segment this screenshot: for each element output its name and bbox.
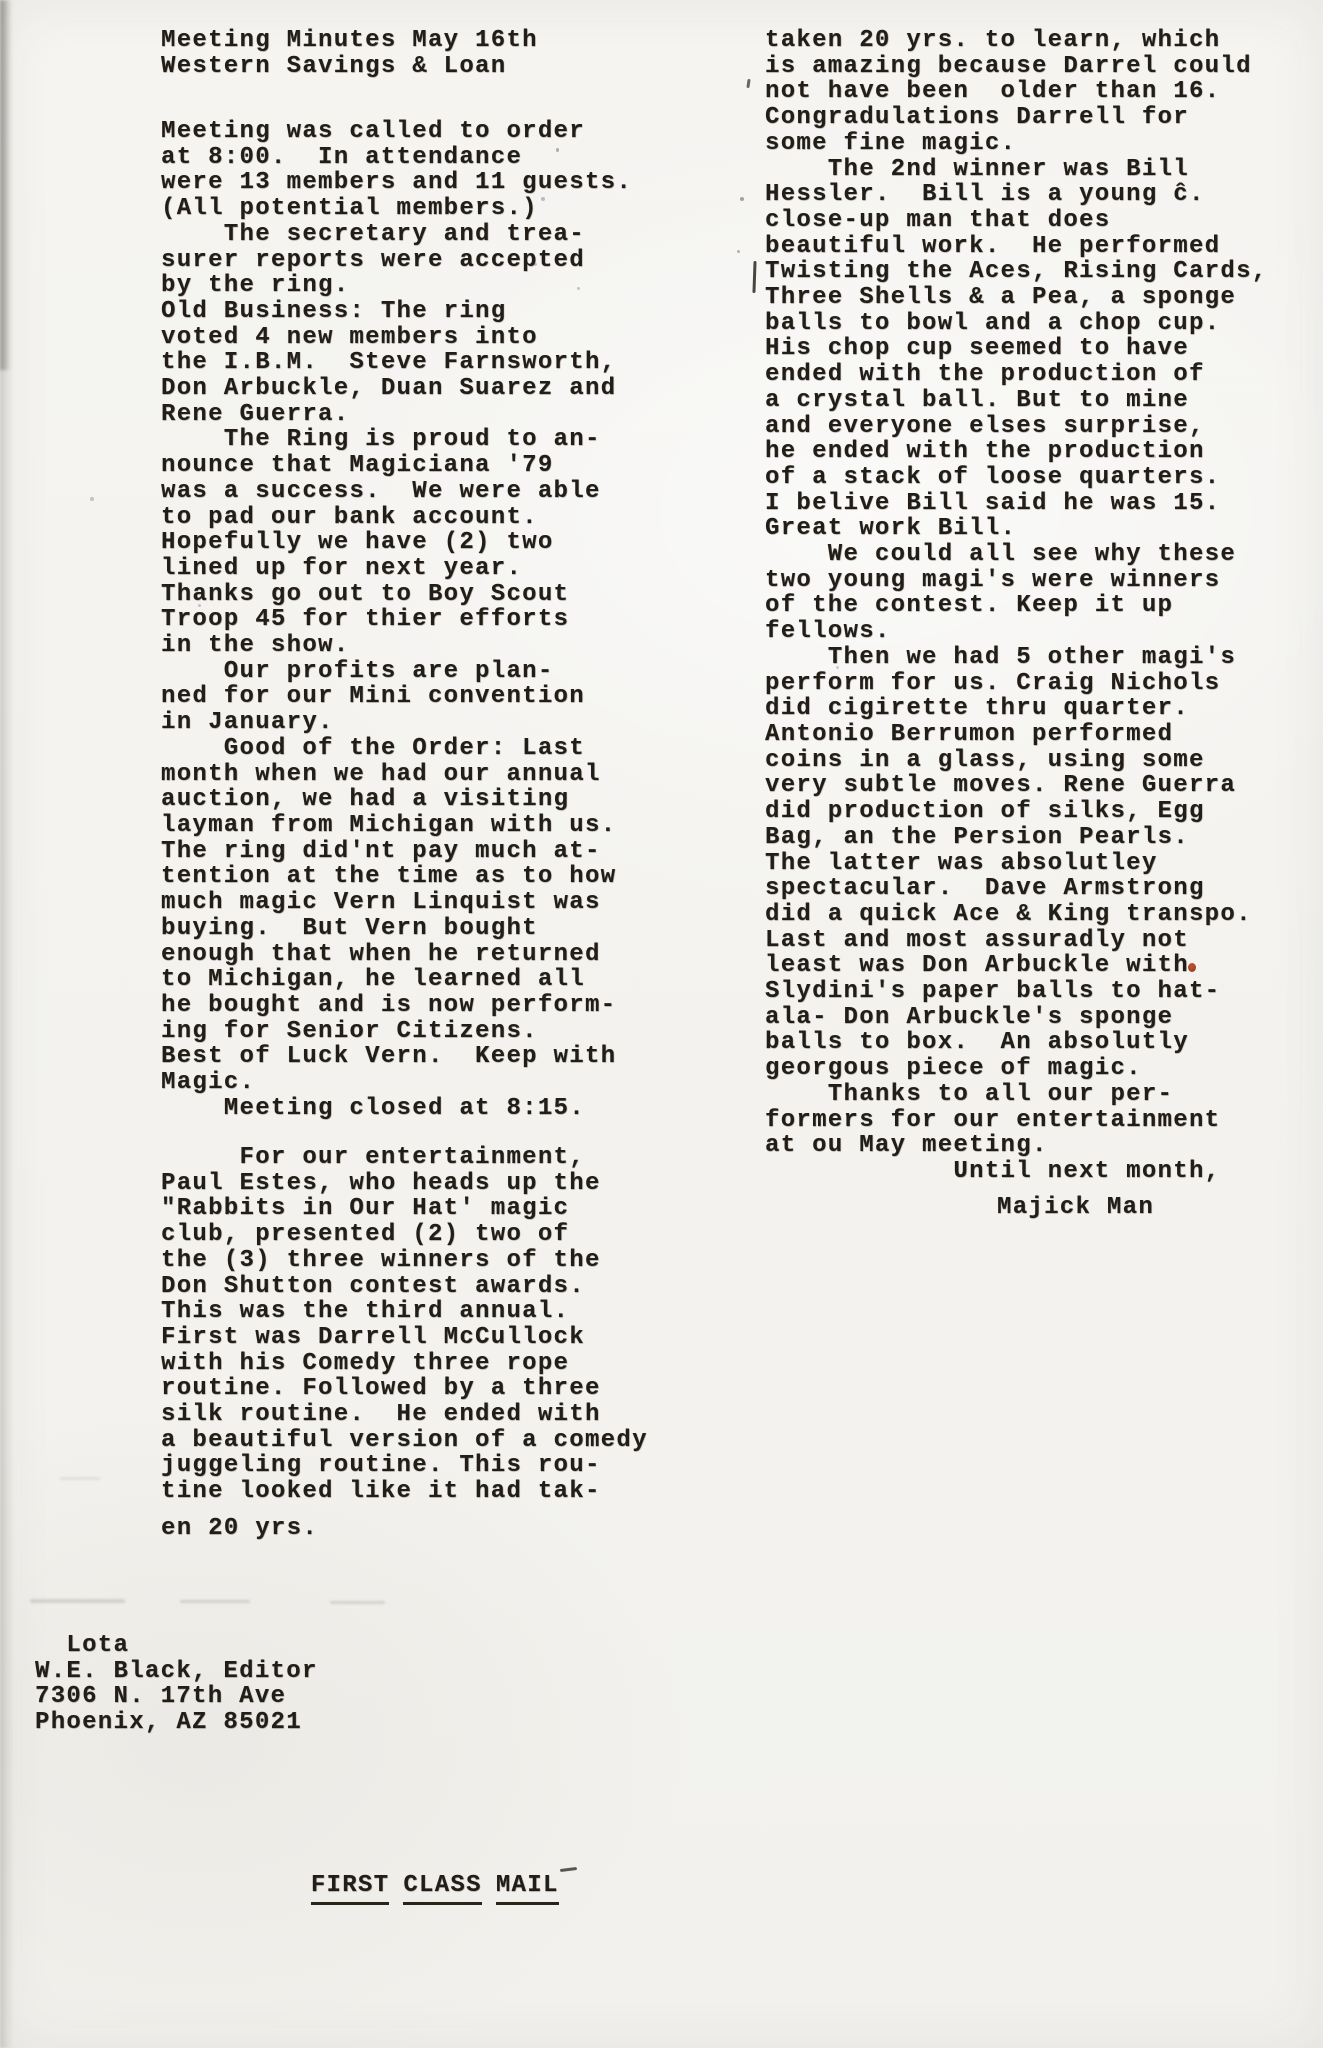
scan-speck — [541, 197, 545, 201]
stray-apostrophe-mark — [746, 79, 750, 88]
scan-corner-smudge — [0, 0, 11, 370]
signoff-majick-man: Majick Man — [997, 1195, 1154, 1221]
scan-smudge — [60, 1477, 100, 1480]
mailing-address: Lota W.E. Black, Editor 7306 N. 17th Ave… — [35, 1633, 318, 1736]
left-column-entertainment-text: For our entertainment, Paul Estes, who h… — [161, 1145, 648, 1505]
scan-speck — [90, 497, 94, 501]
mail-class-label: FIRSTCLASSMAIL — [248, 1845, 573, 1932]
right-column-text: taken 20 yrs. to learn, which is amazing… — [765, 28, 1267, 1185]
scan-speck — [1152, 455, 1156, 458]
scan-smudge — [330, 1601, 385, 1604]
left-column-text: Meeting was called to order at 8:00. In … — [161, 119, 632, 1121]
scan-speck — [198, 604, 201, 607]
mail-word-mail: MAIL — [496, 1872, 559, 1905]
scan-smudge — [30, 1599, 125, 1603]
margin-pen-mark — [752, 261, 756, 293]
scan-speck — [534, 263, 537, 266]
scan-speck — [737, 250, 740, 253]
scan-speck — [577, 287, 580, 290]
left-column-continuation-line: en 20 yrs. — [161, 1516, 318, 1542]
scan-smudge — [180, 1600, 250, 1603]
document-title: Meeting Minutes May 16th Western Savings… — [161, 28, 538, 79]
scan-speck — [740, 197, 744, 201]
scanned-newsletter-page: Meeting Minutes May 16th Western Savings… — [0, 0, 1323, 2048]
scan-speck — [556, 148, 559, 152]
mail-word-first: FIRST — [311, 1872, 390, 1905]
red-ink-dot — [1188, 963, 1196, 972]
mail-word-class: CLASS — [403, 1872, 482, 1905]
scan-speck — [836, 666, 839, 669]
